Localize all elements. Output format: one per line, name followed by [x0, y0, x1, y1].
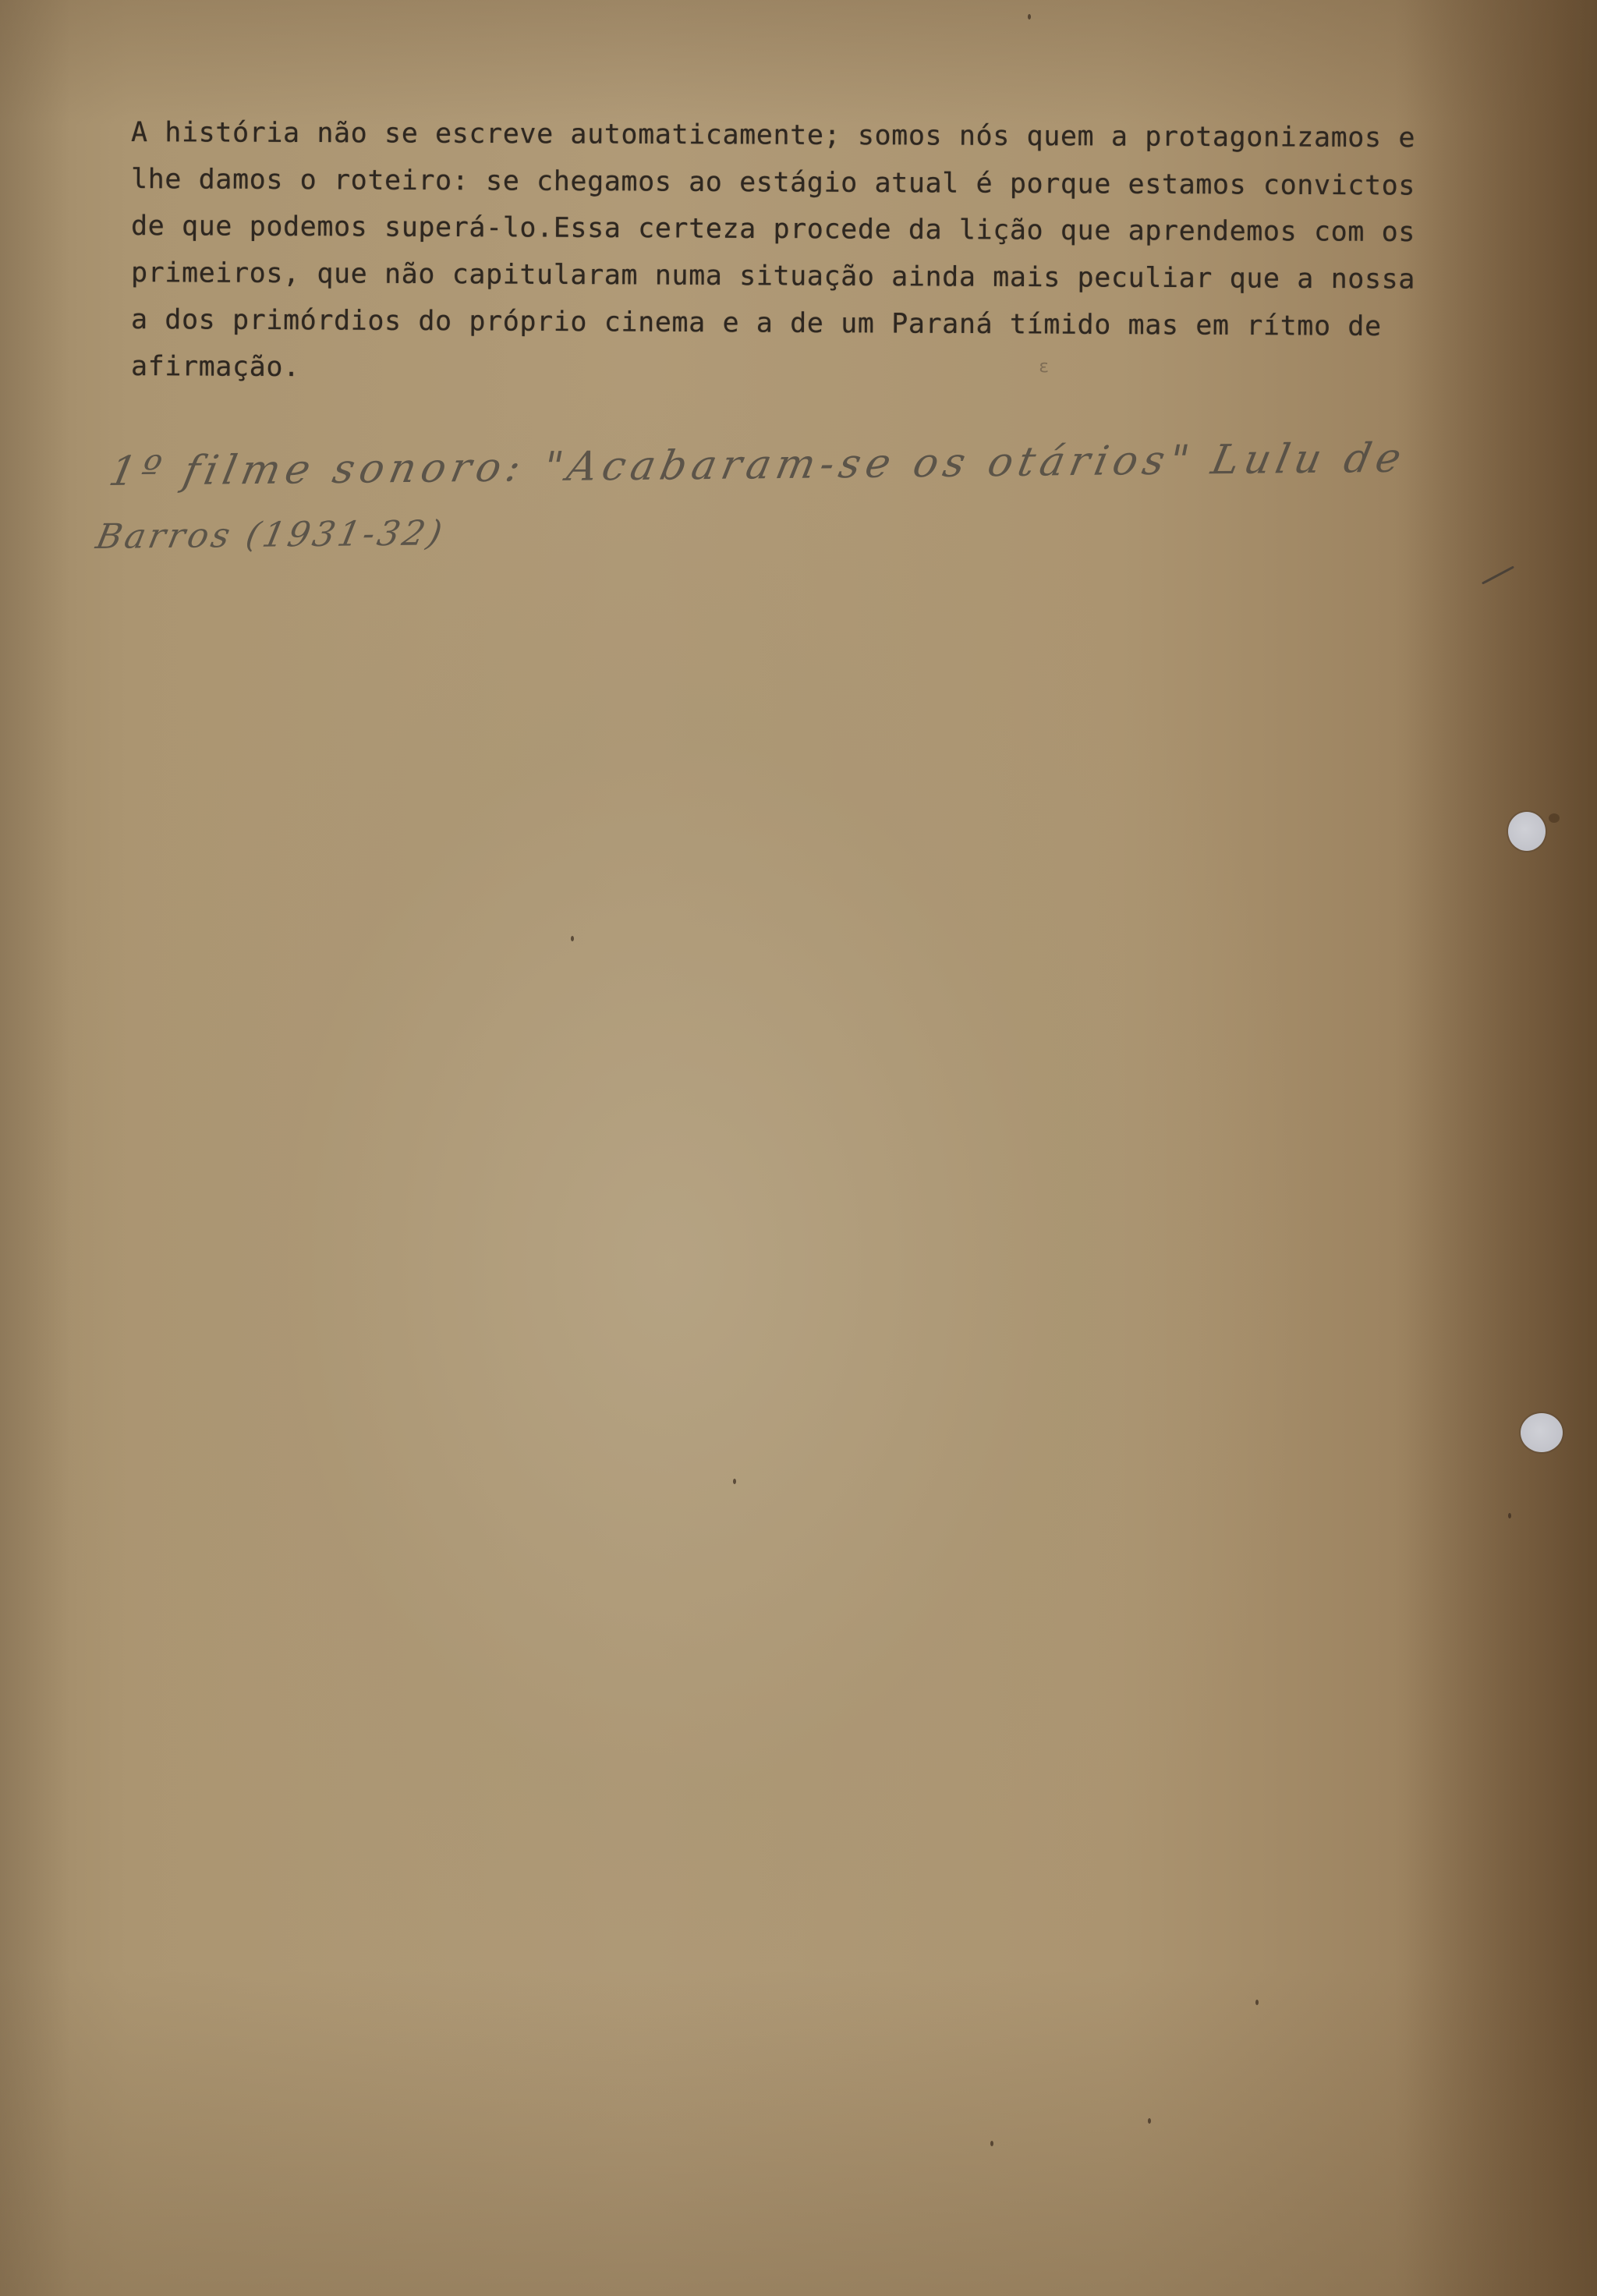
typed-line: de que podemos superá-lo.Essa certeza pr…	[131, 203, 1581, 257]
typed-line: A história não se escreve automaticament…	[131, 109, 1581, 162]
paper-speck	[1508, 1513, 1511, 1518]
typed-line: primeiros, que não capitularam numa situ…	[131, 250, 1581, 304]
typewritten-paragraph: A história não se escreve automaticament…	[131, 109, 1581, 390]
typed-line: a dos primórdios do próprio cinema e a d…	[131, 296, 1581, 351]
paper-speck	[733, 1479, 736, 1484]
pen-stroke-mark	[1482, 565, 1514, 584]
typed-line: lhe damos o roteiro: se chegamos ao está…	[131, 156, 1581, 211]
paper-speck	[1028, 14, 1031, 19]
paper-speck	[571, 936, 574, 941]
handwritten-annotation: 1º filme sonoro: "Acabaram-se os otários…	[90, 422, 1563, 572]
paper-speck	[990, 2141, 993, 2146]
paper-speck	[1255, 2000, 1259, 2005]
stray-typed-mark: ε	[1039, 357, 1049, 377]
paper-shading-top	[0, 0, 1597, 125]
paper-shading-bottom	[0, 1968, 1597, 2296]
handwritten-line: Barros (1931-32)	[90, 487, 1549, 572]
typed-line: afirmação.	[131, 343, 1581, 398]
document-page: A história não se escreve automaticament…	[0, 0, 1597, 2296]
paper-shading-left	[0, 0, 70, 2296]
punch-hole-top	[1508, 812, 1546, 851]
punch-hole-tear	[1549, 813, 1560, 823]
punch-hole-bottom	[1521, 1413, 1563, 1452]
paper-speck	[1148, 2118, 1151, 2124]
